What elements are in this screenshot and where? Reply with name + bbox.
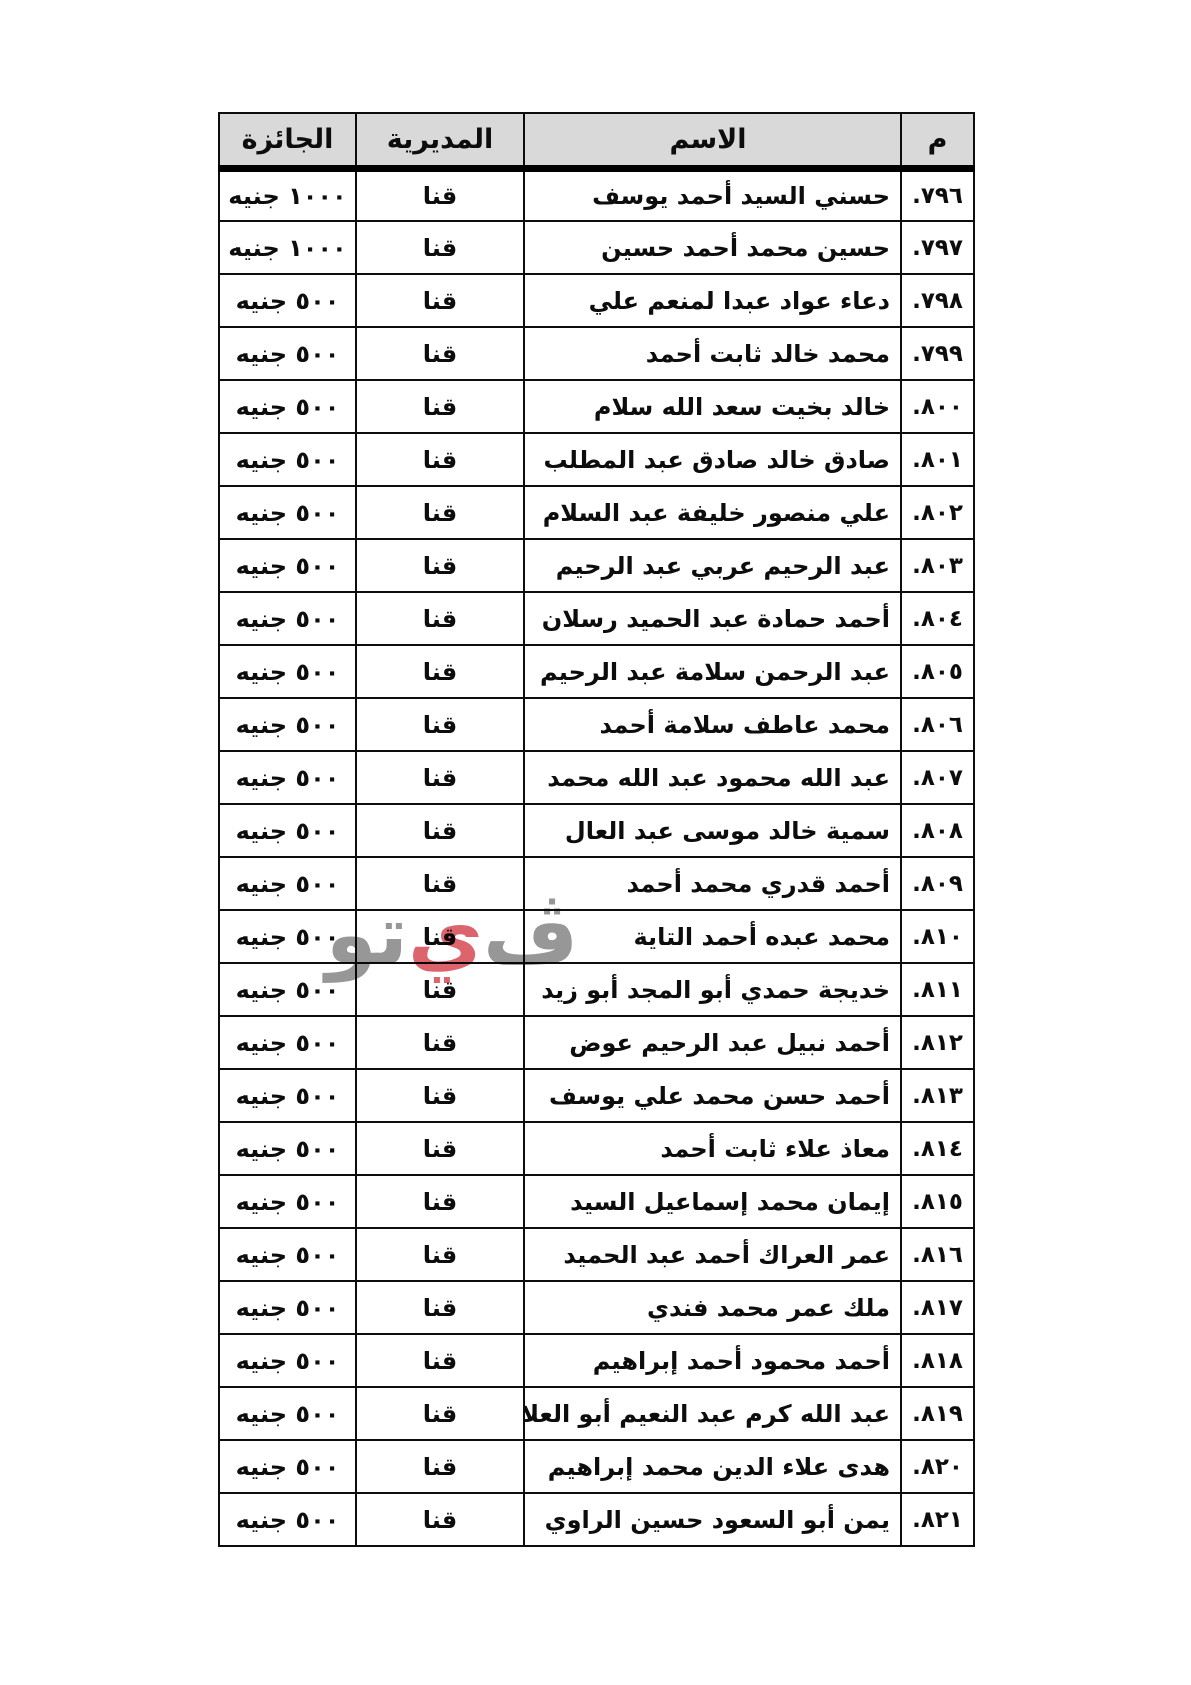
name-cell: سمية خالد موسى عبد العال: [524, 804, 901, 857]
table-row: ٨١٥.إيمان محمد إسماعيل السيدقنا٥٠٠ جنيه: [219, 1175, 974, 1228]
directorate-cell: قنا: [356, 1387, 524, 1440]
row-number-cell: ٨١٦.: [901, 1228, 974, 1281]
name-cell: دعاء عواد عبدا لمنعم علي: [524, 274, 901, 327]
name-cell: أحمد حمادة عبد الحميد رسلان: [524, 592, 901, 645]
directorate-cell: قنا: [356, 433, 524, 486]
row-number-cell: ٨٠٤.: [901, 592, 974, 645]
table-row: ٨١٩.عبد الله كرم عبد النعيم أبو العلاقنا…: [219, 1387, 974, 1440]
prize-cell: ٥٠٠ جنيه: [219, 486, 356, 539]
table-row: ٨٠٣.عبد الرحيم عربي عبد الرحيمقنا٥٠٠ جني…: [219, 539, 974, 592]
prize-cell: ٥٠٠ جنيه: [219, 380, 356, 433]
name-cell: عمر العراك أحمد عبد الحميد: [524, 1228, 901, 1281]
table-row: ٧٩٦.حسني السيد أحمد يوسفقنا١٠٠٠ جنيه: [219, 168, 974, 221]
table-row: ٨٠٦.محمد عاطف سلامة أحمدقنا٥٠٠ جنيه: [219, 698, 974, 751]
directorate-cell: قنا: [356, 1016, 524, 1069]
directorate-cell: قنا: [356, 804, 524, 857]
table-row: ٨١٢.أحمد نبيل عبد الرحيم عوضقنا٥٠٠ جنيه: [219, 1016, 974, 1069]
name-cell: أحمد نبيل عبد الرحيم عوض: [524, 1016, 901, 1069]
directorate-cell: قنا: [356, 1175, 524, 1228]
directorate-cell: قنا: [356, 857, 524, 910]
header-prize: الجائزة: [219, 113, 356, 168]
table-row: ٨١٤.معاذ علاء ثابت أحمدقنا٥٠٠ جنيه: [219, 1122, 974, 1175]
table-row: ٨١٧.ملك عمر محمد فنديقنا٥٠٠ جنيه: [219, 1281, 974, 1334]
directorate-cell: قنا: [356, 1069, 524, 1122]
table-row: ٨١٣.أحمد حسن محمد علي يوسفقنا٥٠٠ جنيه: [219, 1069, 974, 1122]
header-name: الاسم: [524, 113, 901, 168]
table-row: ٨٠١.صادق خالد صادق عبد المطلبقنا٥٠٠ جنيه: [219, 433, 974, 486]
directorate-cell: قنا: [356, 327, 524, 380]
row-number-cell: ٨١٥.: [901, 1175, 974, 1228]
table-row: ٨٢١.يمن أبو السعود حسين الراويقنا٥٠٠ جني…: [219, 1493, 974, 1546]
prize-cell: ٥٠٠ جنيه: [219, 804, 356, 857]
row-number-cell: ٧٩٩.: [901, 327, 974, 380]
row-number-cell: ٨٢١.: [901, 1493, 974, 1546]
row-number-cell: ٨٠١.: [901, 433, 974, 486]
table-row: ٨١١.خديجة حمدي أبو المجد أبو زيدقنا٥٠٠ ج…: [219, 963, 974, 1016]
prize-cell: ٥٠٠ جنيه: [219, 1281, 356, 1334]
table-row: ٨٠٠.خالد بخيت سعد الله سلامقنا٥٠٠ جنيه: [219, 380, 974, 433]
table-row: ٨٠٤.أحمد حمادة عبد الحميد رسلانقنا٥٠٠ جن…: [219, 592, 974, 645]
directorate-cell: قنا: [356, 910, 524, 963]
row-number-cell: ٧٩٦.: [901, 168, 974, 221]
table-body: ٧٩٦.حسني السيد أحمد يوسفقنا١٠٠٠ جنيه٧٩٧.…: [219, 168, 974, 1546]
name-cell: خديجة حمدي أبو المجد أبو زيد: [524, 963, 901, 1016]
name-cell: هدى علاء الدين محمد إبراهيم: [524, 1440, 901, 1493]
row-number-cell: ٨٠٨.: [901, 804, 974, 857]
row-number-cell: ٨٠٠.: [901, 380, 974, 433]
prize-cell: ٥٠٠ جنيه: [219, 1016, 356, 1069]
directorate-cell: قنا: [356, 1228, 524, 1281]
prize-cell: ٥٠٠ جنيه: [219, 963, 356, 1016]
prize-cell: ١٠٠٠ جنيه: [219, 168, 356, 221]
prize-cell: ٥٠٠ جنيه: [219, 751, 356, 804]
directorate-cell: قنا: [356, 1281, 524, 1334]
prize-cell: ٥٠٠ جنيه: [219, 1493, 356, 1546]
name-cell: علي منصور خليفة عبد السلام: [524, 486, 901, 539]
directorate-cell: قنا: [356, 1334, 524, 1387]
table-row: ٨٠٢.علي منصور خليفة عبد السلامقنا٥٠٠ جني…: [219, 486, 974, 539]
row-number-cell: ٨١٠.: [901, 910, 974, 963]
directorate-cell: قنا: [356, 1440, 524, 1493]
prize-cell: ٥٠٠ جنيه: [219, 327, 356, 380]
directorate-cell: قنا: [356, 645, 524, 698]
table-row: ٨١٠.محمد عبده أحمد التايةقنا٥٠٠ جنيه: [219, 910, 974, 963]
prize-cell: ٥٠٠ جنيه: [219, 1440, 356, 1493]
row-number-cell: ٨١٣.: [901, 1069, 974, 1122]
prize-cell: ٥٠٠ جنيه: [219, 1334, 356, 1387]
name-cell: محمد خالد ثابت أحمد: [524, 327, 901, 380]
prize-cell: ٥٠٠ جنيه: [219, 698, 356, 751]
directorate-cell: قنا: [356, 486, 524, 539]
row-number-cell: ٨١١.: [901, 963, 974, 1016]
header-number: م: [901, 113, 974, 168]
directorate-cell: قنا: [356, 1493, 524, 1546]
prize-cell: ٥٠٠ جنيه: [219, 1228, 356, 1281]
prize-cell: ٥٠٠ جنيه: [219, 539, 356, 592]
name-cell: عبد الرحمن سلامة عبد الرحيم: [524, 645, 901, 698]
directorate-cell: قنا: [356, 221, 524, 274]
prize-cell: ٥٠٠ جنيه: [219, 274, 356, 327]
name-cell: أحمد قدري محمد أحمد: [524, 857, 901, 910]
table-row: ٨٠٩.أحمد قدري محمد أحمدقنا٥٠٠ جنيه: [219, 857, 974, 910]
prize-cell: ٥٠٠ جنيه: [219, 910, 356, 963]
prize-cell: ٥٠٠ جنيه: [219, 1122, 356, 1175]
directorate-cell: قنا: [356, 751, 524, 804]
row-number-cell: ٨١٢.: [901, 1016, 974, 1069]
name-cell: أحمد محمود أحمد إبراهيم: [524, 1334, 901, 1387]
row-number-cell: ٨٠٢.: [901, 486, 974, 539]
name-cell: حسين محمد أحمد حسين: [524, 221, 901, 274]
name-cell: أحمد حسن محمد علي يوسف: [524, 1069, 901, 1122]
table-header: م الاسم المديرية الجائزة: [219, 113, 974, 168]
name-cell: صادق خالد صادق عبد المطلب: [524, 433, 901, 486]
row-number-cell: ٨٠٩.: [901, 857, 974, 910]
table-row: ٨٠٨.سمية خالد موسى عبد العالقنا٥٠٠ جنيه: [219, 804, 974, 857]
directorate-cell: قنا: [356, 1122, 524, 1175]
table-row: ٨١٦.عمر العراك أحمد عبد الحميدقنا٥٠٠ جني…: [219, 1228, 974, 1281]
directorate-cell: قنا: [356, 698, 524, 751]
name-cell: عبد الرحيم عربي عبد الرحيم: [524, 539, 901, 592]
row-number-cell: ٨١٨.: [901, 1334, 974, 1387]
row-number-cell: ٨٠٦.: [901, 698, 974, 751]
row-number-cell: ٨١٩.: [901, 1387, 974, 1440]
name-cell: عبد الله محمود عبد الله محمد: [524, 751, 901, 804]
prize-cell: ٥٠٠ جنيه: [219, 857, 356, 910]
name-cell: ملك عمر محمد فندي: [524, 1281, 901, 1334]
directorate-cell: قنا: [356, 168, 524, 221]
row-number-cell: ٨٠٣.: [901, 539, 974, 592]
directorate-cell: قنا: [356, 539, 524, 592]
row-number-cell: ٧٩٧.: [901, 221, 974, 274]
row-number-cell: ٧٩٨.: [901, 274, 974, 327]
row-number-cell: ٨١٤.: [901, 1122, 974, 1175]
name-cell: محمد عبده أحمد التاية: [524, 910, 901, 963]
prize-cell: ٥٠٠ جنيه: [219, 433, 356, 486]
table-row: ٧٩٩.محمد خالد ثابت أحمدقنا٥٠٠ جنيه: [219, 327, 974, 380]
prize-cell: ١٠٠٠ جنيه: [219, 221, 356, 274]
table-row: ٨١٨.أحمد محمود أحمد إبراهيمقنا٥٠٠ جنيه: [219, 1334, 974, 1387]
table-row: ٨٢٠.هدى علاء الدين محمد إبراهيمقنا٥٠٠ جن…: [219, 1440, 974, 1493]
prize-cell: ٥٠٠ جنيه: [219, 645, 356, 698]
table-row: ٧٩٨.دعاء عواد عبدا لمنعم عليقنا٥٠٠ جنيه: [219, 274, 974, 327]
name-cell: يمن أبو السعود حسين الراوي: [524, 1493, 901, 1546]
row-number-cell: ٨٠٧.: [901, 751, 974, 804]
name-cell: محمد عاطف سلامة أحمد: [524, 698, 901, 751]
name-cell: معاذ علاء ثابت أحمد: [524, 1122, 901, 1175]
directorate-cell: قنا: [356, 274, 524, 327]
prize-cell: ٥٠٠ جنيه: [219, 1387, 356, 1440]
name-cell: عبد الله كرم عبد النعيم أبو العلا: [524, 1387, 901, 1440]
name-cell: خالد بخيت سعد الله سلام: [524, 380, 901, 433]
prize-cell: ٥٠٠ جنيه: [219, 592, 356, 645]
prize-cell: ٥٠٠ جنيه: [219, 1069, 356, 1122]
prize-winners-table: م الاسم المديرية الجائزة ٧٩٦.حسني السيد …: [218, 112, 975, 1547]
name-cell: حسني السيد أحمد يوسف: [524, 168, 901, 221]
row-number-cell: ٨٠٥.: [901, 645, 974, 698]
table-header-row: م الاسم المديرية الجائزة: [219, 113, 974, 168]
directorate-cell: قنا: [356, 963, 524, 1016]
row-number-cell: ٨١٧.: [901, 1281, 974, 1334]
prize-cell: ٥٠٠ جنيه: [219, 1175, 356, 1228]
row-number-cell: ٨٢٠.: [901, 1440, 974, 1493]
directorate-cell: قنا: [356, 592, 524, 645]
header-directorate: المديرية: [356, 113, 524, 168]
table-row: ٨٠٧.عبد الله محمود عبد الله محمدقنا٥٠٠ ج…: [219, 751, 974, 804]
table-row: ٨٠٥.عبد الرحمن سلامة عبد الرحيمقنا٥٠٠ جن…: [219, 645, 974, 698]
table-row: ٧٩٧.حسين محمد أحمد حسينقنا١٠٠٠ جنيه: [219, 221, 974, 274]
directorate-cell: قنا: [356, 380, 524, 433]
document-page: م الاسم المديرية الجائزة ٧٩٦.حسني السيد …: [0, 0, 1191, 1685]
name-cell: إيمان محمد إسماعيل السيد: [524, 1175, 901, 1228]
